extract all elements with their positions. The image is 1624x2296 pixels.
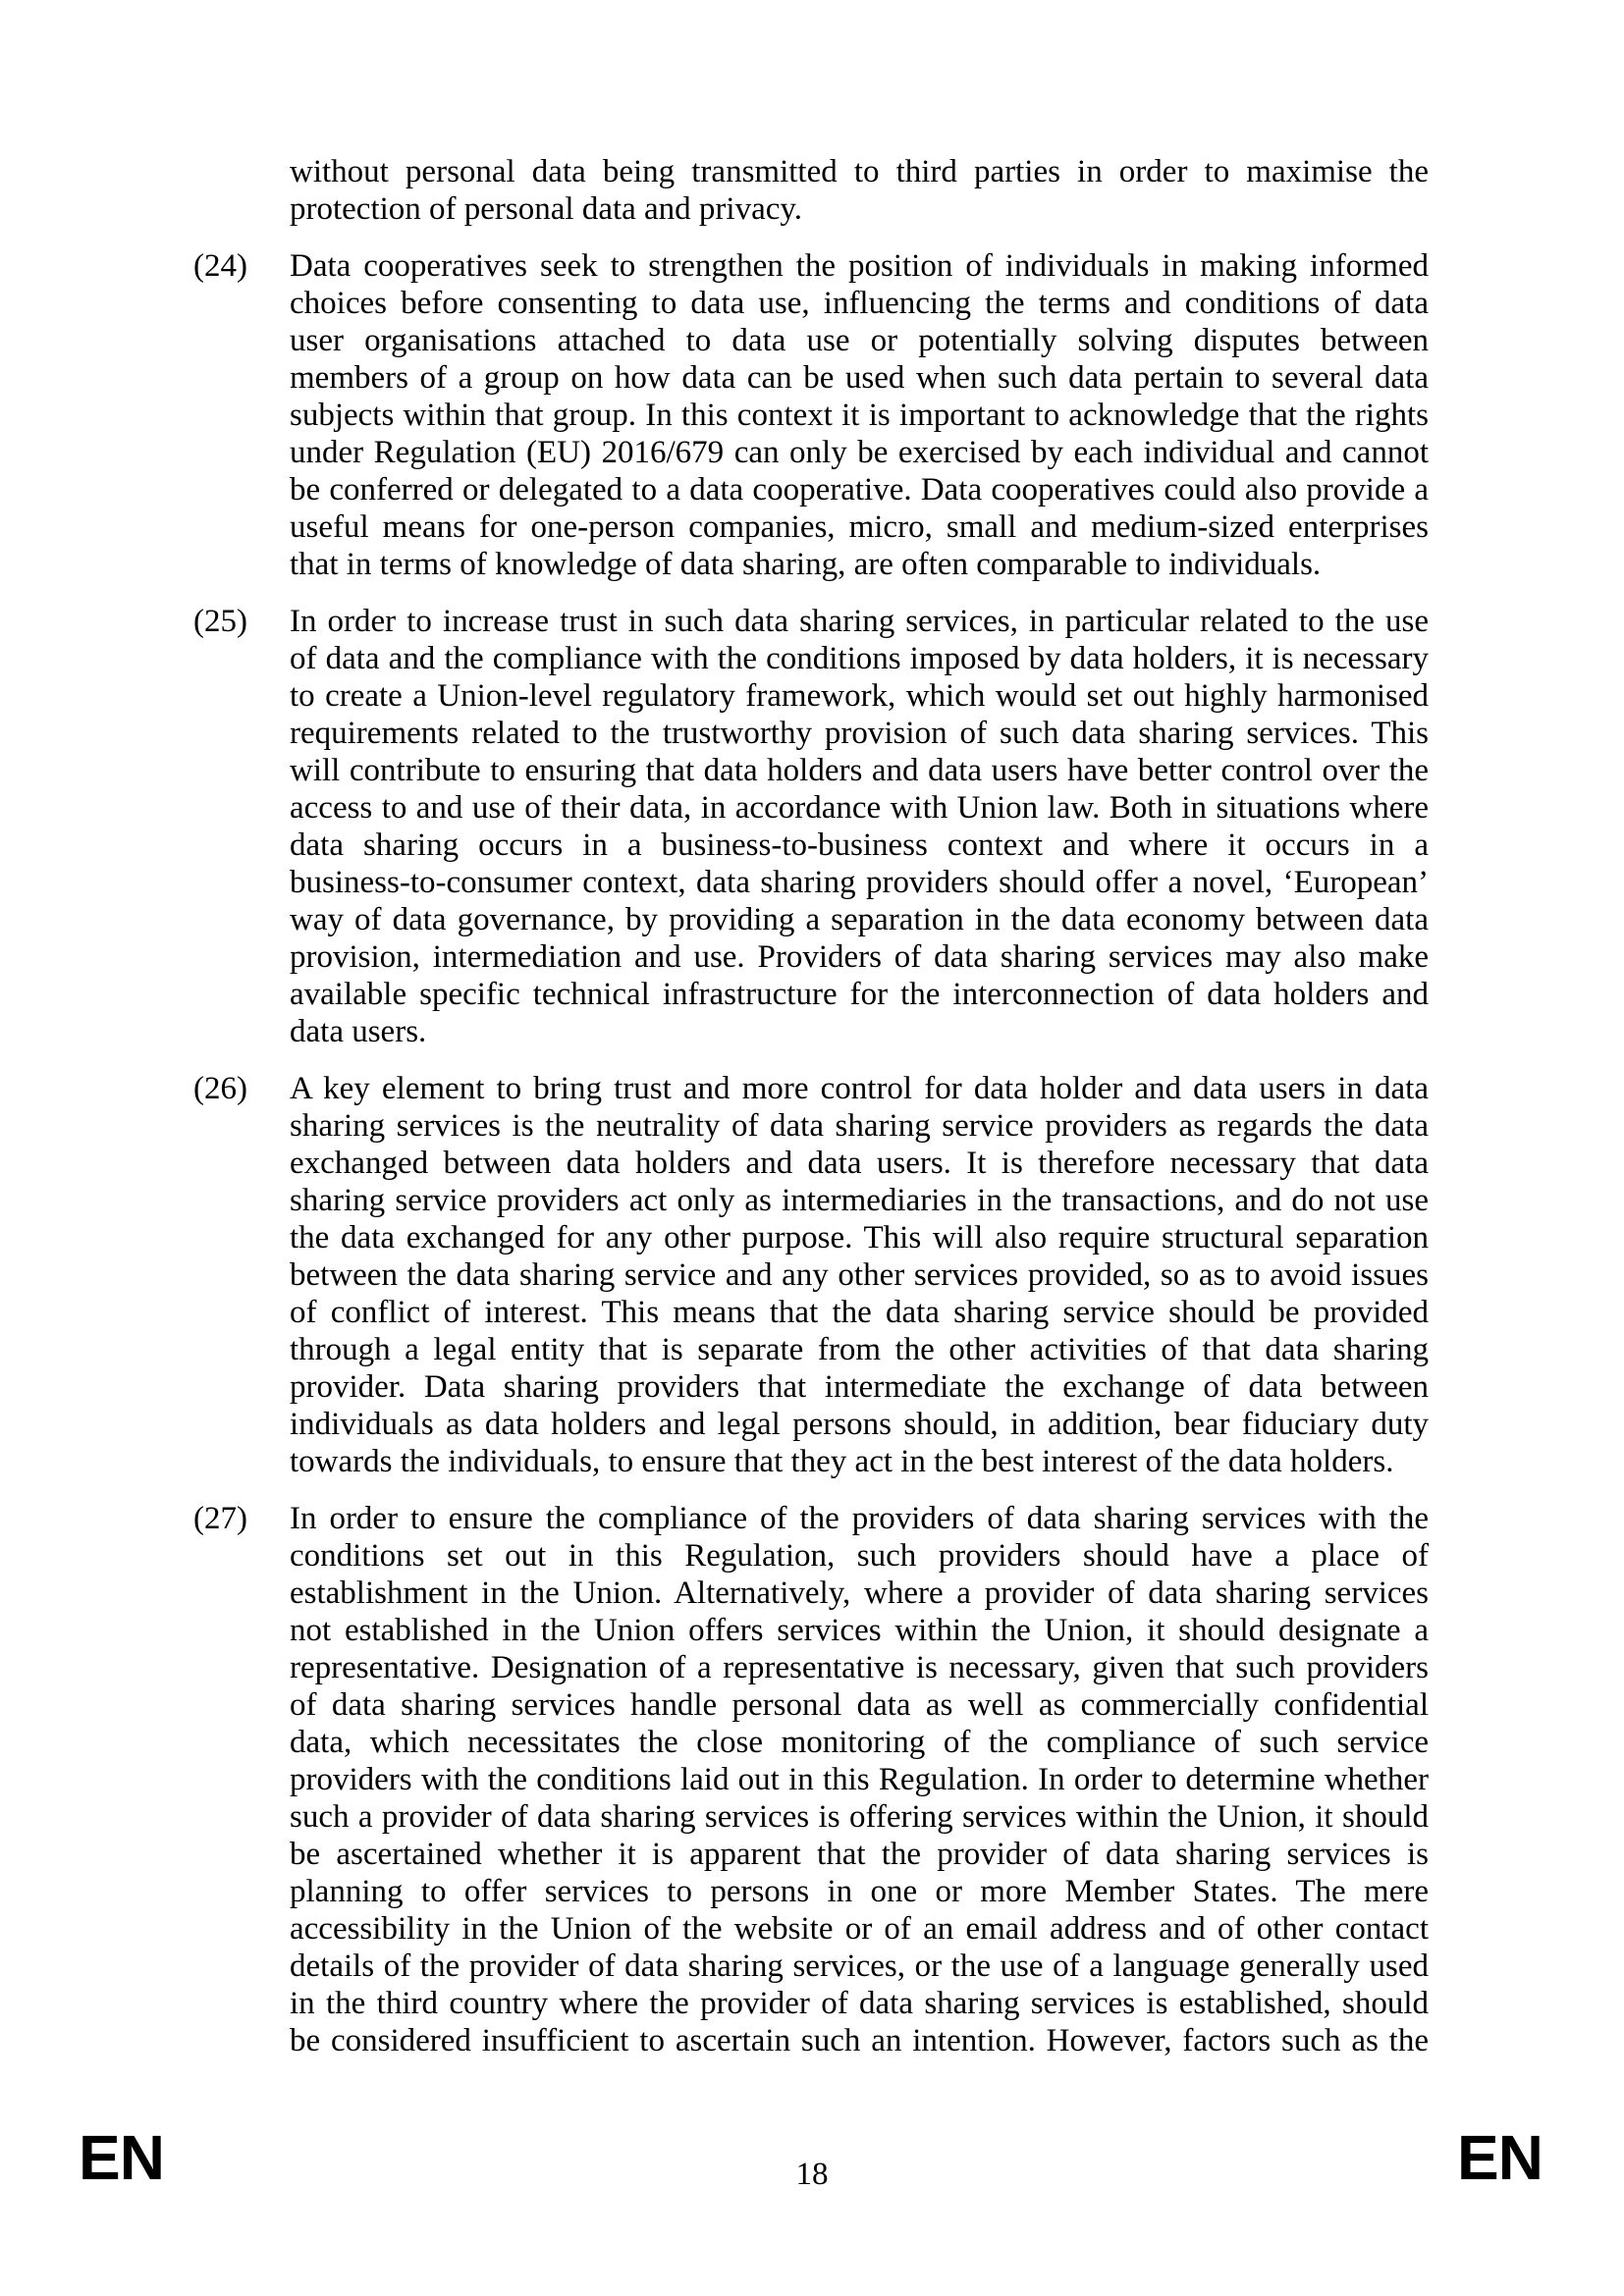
text-line-content: protection of personal data and privacy. xyxy=(290,190,1429,228)
recital-25: (25) In order to increase trust in such … xyxy=(193,603,1429,1050)
text-line: choices before consenting to data use, i… xyxy=(290,285,1429,322)
recital-number: (24) xyxy=(193,247,247,285)
text-line: planning to offer services to persons in… xyxy=(290,1873,1429,1910)
text-line: protection of personal data and privacy. xyxy=(290,190,1429,228)
text-line: without personal data being transmitted … xyxy=(290,153,1429,190)
text-line: exchanged between data holders and data … xyxy=(290,1145,1429,1182)
text-line: Data cooperatives seek to strengthen the… xyxy=(290,247,1429,285)
text-line: representative. Designation of a represe… xyxy=(290,1649,1429,1686)
text-line: be ascertained whether it is apparent th… xyxy=(290,1836,1429,1873)
text-line: of data sharing services handle personal… xyxy=(290,1686,1429,1724)
text-line: to create a Union-level regulatory frame… xyxy=(290,677,1429,715)
text-line: requirements related to the trustworthy … xyxy=(290,715,1429,752)
text-line: that in terms of knowledge of data shari… xyxy=(290,546,1429,583)
text-line: user organisations attached to data use … xyxy=(290,322,1429,359)
text-line: provider. Data sharing providers that in… xyxy=(290,1368,1429,1406)
text-line: members of a group on how data can be us… xyxy=(290,359,1429,397)
text-line: business-to-consumer context, data shari… xyxy=(290,864,1429,901)
text-line: access to and use of their data, in acco… xyxy=(290,789,1429,827)
text-line: sharing service providers act only as in… xyxy=(290,1182,1429,1219)
recital-27: (27) In order to ensure the compliance o… xyxy=(193,1500,1429,2059)
text-line: be conferred or delegated to a data coop… xyxy=(290,471,1429,508)
text-line: sharing services is the neutrality of da… xyxy=(290,1107,1429,1145)
text-line: the data exchanged for any other purpose… xyxy=(290,1219,1429,1256)
text-line: in the third country where the provider … xyxy=(290,1985,1429,2022)
page-number: 18 xyxy=(0,2156,1624,2193)
text-line: such a provider of data sharing services… xyxy=(290,1798,1429,1836)
recital-number: (25) xyxy=(193,603,247,640)
text-line: available specific technical infrastruct… xyxy=(290,976,1429,1013)
text-line: data, which necessitates the close monit… xyxy=(290,1724,1429,1761)
recital-24: (24) Data cooperatives seek to strengthe… xyxy=(193,247,1429,583)
text-line: be considered insufficient to ascertain … xyxy=(290,2022,1429,2059)
text-line: providers with the conditions laid out i… xyxy=(290,1761,1429,1798)
text-line: In order to ensure the compliance of the… xyxy=(290,1500,1429,1537)
text-line: of conflict of interest. This means that… xyxy=(290,1294,1429,1331)
text-line: way of data governance, by providing a s… xyxy=(290,901,1429,938)
text-line: details of the provider of data sharing … xyxy=(290,1948,1429,1985)
text-line: individuals as data holders and legal pe… xyxy=(290,1406,1429,1443)
text-line: accessibility in the Union of the websit… xyxy=(290,1910,1429,1948)
recital-26: (26) A key element to bring trust and mo… xyxy=(193,1070,1429,1480)
text-line-content: without personal data being transmitted … xyxy=(290,153,1429,190)
document-body: without personal data being transmitted … xyxy=(193,153,1429,2079)
language-code-right: EN xyxy=(1457,2126,1543,2189)
text-line: data users. xyxy=(290,1013,1429,1050)
text-line: data sharing occurs in a business-to-bus… xyxy=(290,827,1429,864)
text-line: In order to increase trust in such data … xyxy=(290,603,1429,640)
continuation-paragraph: without personal data being transmitted … xyxy=(193,153,1429,228)
text-line: provision, intermediation and use. Provi… xyxy=(290,938,1429,976)
text-line: not established in the Union offers serv… xyxy=(290,1612,1429,1649)
text-line: between the data sharing service and any… xyxy=(290,1256,1429,1294)
recital-number: (27) xyxy=(193,1500,247,1537)
text-line: A key element to bring trust and more co… xyxy=(290,1070,1429,1107)
text-line: subjects within that group. In this cont… xyxy=(290,397,1429,434)
text-line: under Regulation (EU) 2016/679 can only … xyxy=(290,434,1429,471)
text-line: of data and the compliance with the cond… xyxy=(290,640,1429,677)
text-line: useful means for one-person companies, m… xyxy=(290,508,1429,546)
text-line: towards the individuals, to ensure that … xyxy=(290,1443,1429,1480)
recital-number: (26) xyxy=(193,1070,247,1107)
text-line: will contribute to ensuring that data ho… xyxy=(290,752,1429,789)
text-line: through a legal entity that is separate … xyxy=(290,1331,1429,1368)
document-page: without personal data being transmitted … xyxy=(0,0,1624,2296)
text-line: establishment in the Union. Alternativel… xyxy=(290,1575,1429,1612)
text-line: conditions set out in this Regulation, s… xyxy=(290,1537,1429,1575)
